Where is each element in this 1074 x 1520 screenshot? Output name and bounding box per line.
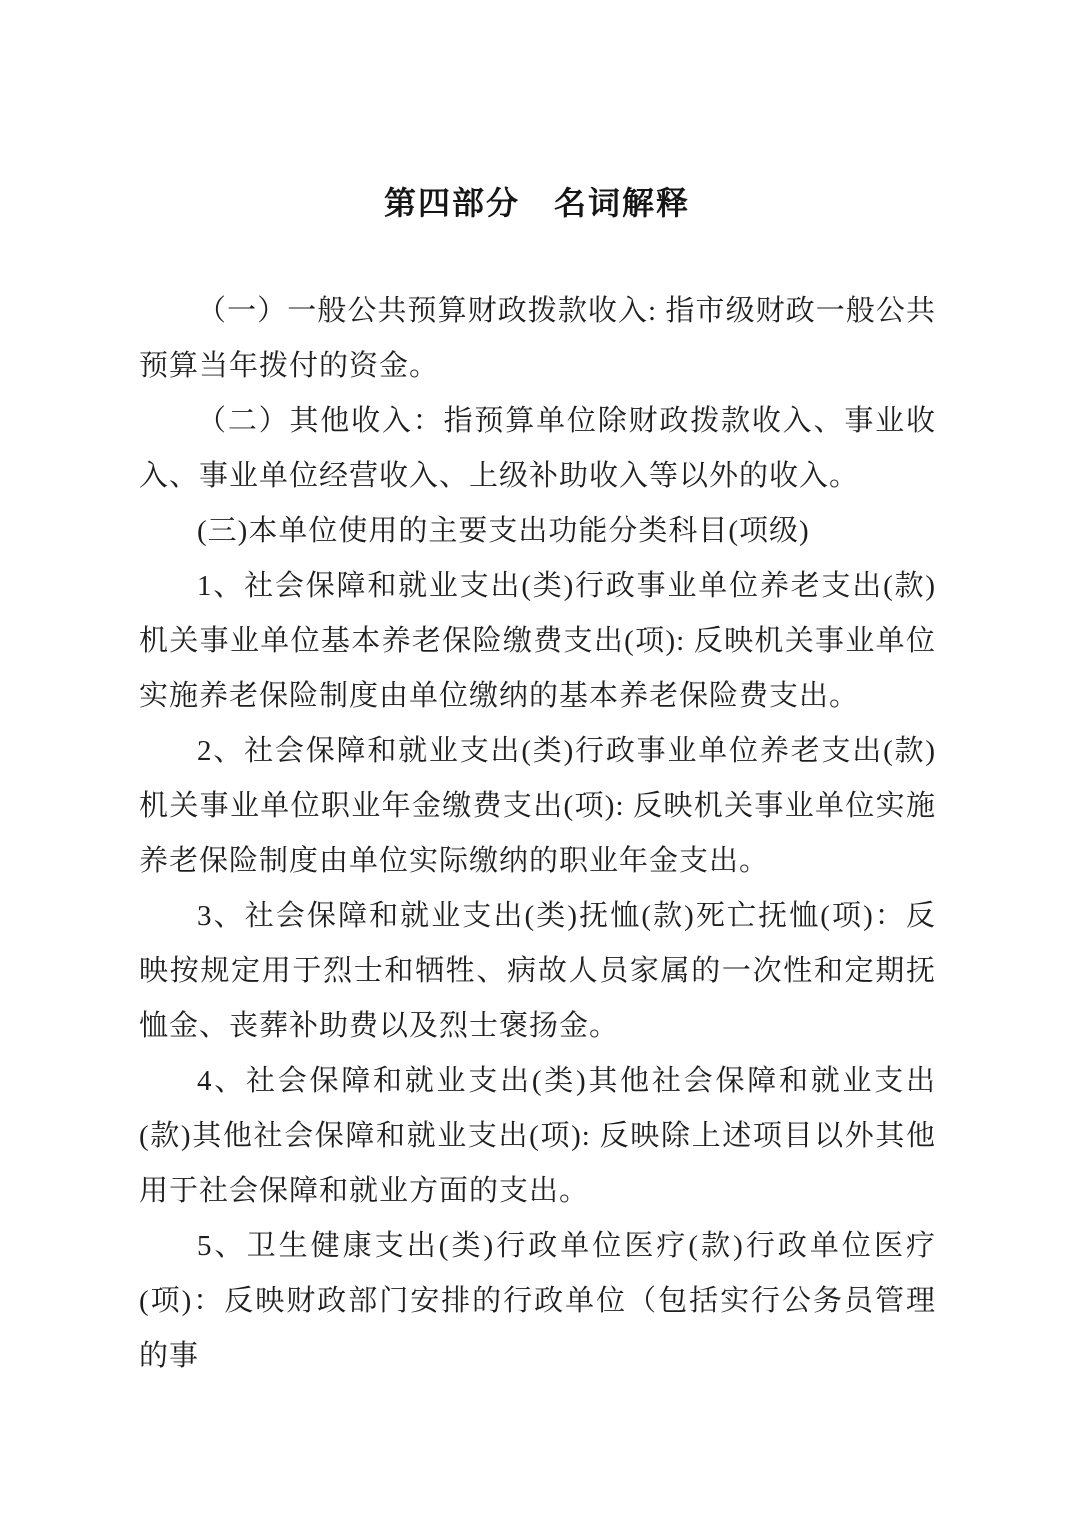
document-page: 第四部分 名词解释 （一）一般公共预算财政拨款收入: 指市级财政一般公共预算当年… [0,0,1074,1520]
paragraph-item-3-death-compensation: 3、社会保障和就业支出(类)抚恤(款)死亡抚恤(项)：反映按规定用于烈士和牺牲、… [139,889,936,1054]
paragraph-item-1-basic-pension: 1、社会保障和就业支出(类)行政事业单位养老支出(款)机关事业单位基本养老保险缴… [139,559,936,724]
paragraph-item-5-admin-medical: 5、卫生健康支出(类)行政单位医疗(款)行政单位医疗(项)：反映财政部门安排的行… [139,1219,936,1384]
page-title: 第四部分 名词解释 [0,183,1074,223]
document-body: （一）一般公共预算财政拨款收入: 指市级财政一般公共预算当年拨付的资金。 （二）… [139,284,936,1384]
paragraph-expenditure-classification-heading: (三)本单位使用的主要支出功能分类科目(项级) [139,504,936,559]
paragraph-item-4-other-social-security: 4、社会保障和就业支出(类)其他社会保障和就业支出(款)其他社会保障和就业支出(… [139,1054,936,1219]
paragraph-other-income: （二）其他收入：指预算单位除财政拨款收入、事业收入、事业单位经营收入、上级补助收… [139,394,936,504]
paragraph-item-2-occupational-annuity: 2、社会保障和就业支出(类)行政事业单位养老支出(款)机关事业单位职业年金缴费支… [139,724,936,889]
paragraph-general-budget-income: （一）一般公共预算财政拨款收入: 指市级财政一般公共预算当年拨付的资金。 [139,284,936,394]
